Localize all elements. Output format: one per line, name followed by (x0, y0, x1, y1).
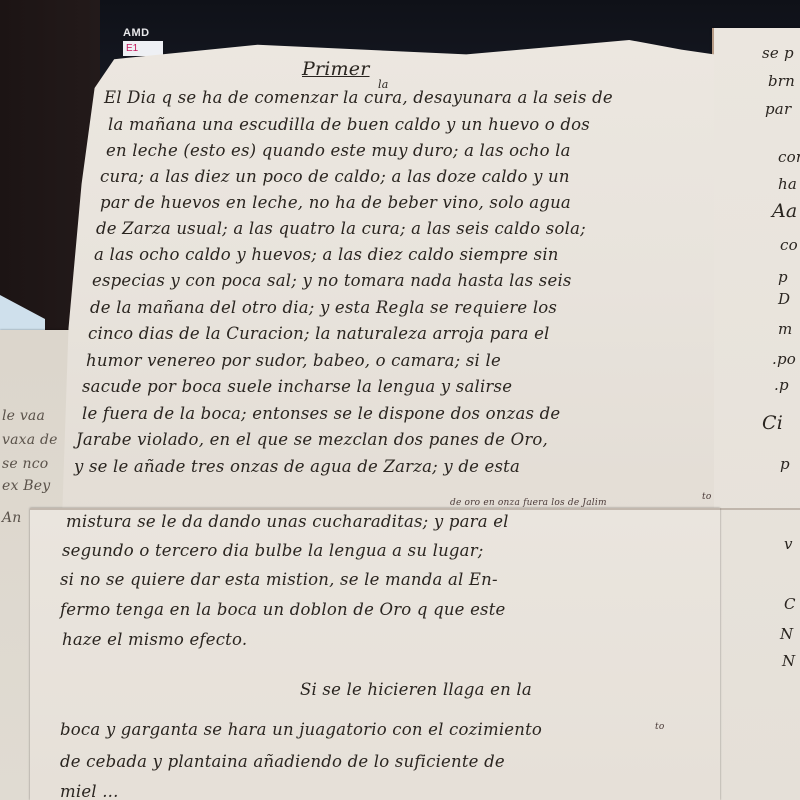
page-fold (30, 508, 800, 510)
left-fragment: le vaa (2, 408, 45, 424)
manuscript-line: El Dia q se ha de comenzar la cura, desa… (104, 88, 613, 107)
right-fragment: co (780, 236, 798, 254)
sticker-brand: AMD (123, 27, 165, 39)
right-fragment: Ci (762, 412, 783, 434)
manuscript-line: a las ocho caldo y huevos; a las diez ca… (94, 245, 559, 264)
manuscript-line: de Zarza usual; a las quatro la cura; a … (96, 219, 586, 238)
manuscript-line: segundo o tercero dia bulbe la lengua a … (62, 541, 484, 560)
manuscript-line: en leche (esto es) quando este muy duro;… (106, 141, 571, 160)
manuscript-line: boca y garganta se hara un juagatorio co… (60, 720, 542, 739)
superscript: to (702, 492, 711, 502)
manuscript-line: par de huevos en leche, no ha de beber v… (100, 193, 571, 212)
manuscript-line: mistura se le da dando unas cucharaditas… (66, 512, 509, 531)
interlinear-note: de oro en onza fuera los de Jalim (450, 498, 607, 508)
right-fragment: N (780, 625, 793, 643)
right-fragment: p (780, 455, 790, 473)
manuscript-line: y se le añade tres onzas de agua de Zarz… (74, 457, 520, 476)
manuscript-line: si no se quiere dar esta mistion, se le … (60, 570, 498, 589)
right-fragment: brn (768, 72, 795, 90)
manuscript-line: le fuera de la boca; entonses se le disp… (82, 404, 560, 423)
right-fragment: D (778, 290, 790, 308)
left-fragment: vaxa de (2, 432, 58, 448)
manuscript-line: Jarabe violado, en el que se mezclan dos… (76, 430, 548, 449)
left-fragment: ex Bey (2, 478, 50, 494)
right-manuscript-page (712, 28, 800, 800)
manuscript-line: haze el mismo efecto. (62, 630, 247, 649)
right-fragment: N (782, 652, 795, 670)
right-fragment: p (778, 268, 788, 286)
manuscript-line: humor venereo por sudor, babeo, o camara… (86, 351, 501, 370)
manuscript-line: de la mañana del otro dia; y esta Regla … (90, 298, 557, 317)
sticker-model: E1 (123, 41, 163, 56)
manuscript-heading: Primer (302, 58, 370, 80)
manuscript-line: cura; a las diez un poco de caldo; a las… (100, 167, 570, 186)
superscript: to (655, 722, 664, 732)
right-fragment: C (784, 595, 796, 613)
manuscript-line: especias y con poca sal; y no tomara nad… (92, 271, 572, 290)
right-fragment: par (765, 100, 791, 118)
right-fragment: .po (772, 350, 796, 368)
manuscript-line: sacude por boca suele incharse la lengua… (82, 377, 512, 396)
right-fragment: se p (762, 44, 794, 62)
right-fragment: v (784, 535, 793, 553)
manuscript-line: Si se le hicieren llaga en la (300, 680, 532, 699)
right-fragment: ha (778, 175, 797, 193)
manuscript-line: de cebada y plantaina añadiendo de lo su… (60, 752, 505, 771)
manuscript-line: miel ... (60, 782, 119, 800)
right-fragment: con (778, 148, 800, 166)
manuscript-line: fermo tenga en la boca un doblon de Oro … (60, 600, 506, 619)
right-fragment: m (778, 320, 792, 338)
right-fragment: Aa (772, 200, 797, 222)
left-fragment: An (2, 510, 22, 526)
laptop-sticker: AMD E1 (123, 27, 165, 59)
left-fragment: se nco (2, 456, 48, 472)
manuscript-line: la mañana una escudilla de buen caldo y … (108, 115, 590, 134)
right-fragment: .p (774, 376, 789, 394)
manuscript-line: cinco dias de la Curacion; la naturaleza… (88, 324, 550, 343)
